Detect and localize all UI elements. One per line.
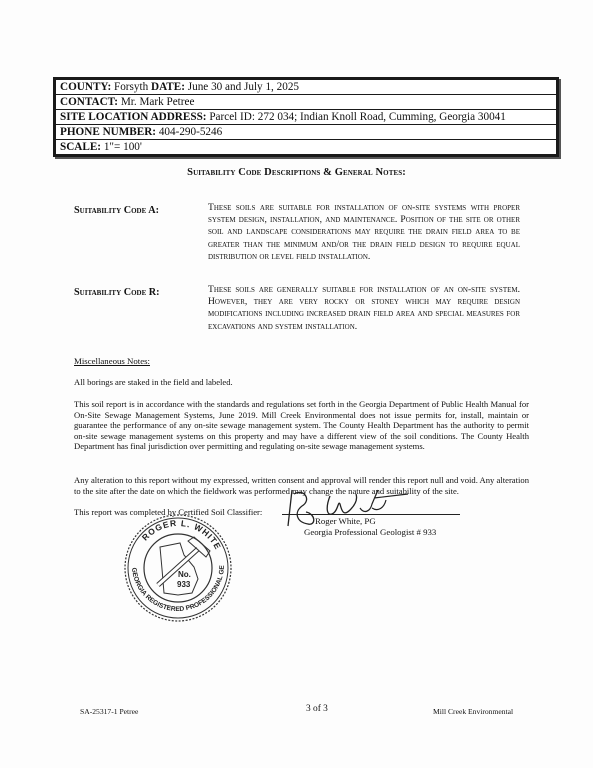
county-date-row: COUNTY: Forsyth DATE: June 30 and July 1… [56,80,556,95]
seal-number: 933 [177,580,191,589]
document-page: COUNTY: Forsyth DATE: June 30 and July 1… [0,0,593,768]
date-label: DATE: [151,81,185,93]
site-address-value: Parcel ID: 272 034; Indian Knoll Road, C… [207,111,506,123]
misc-note-regulations: This soil report is in accordance with t… [74,399,529,452]
date-value: June 30 and July 1, 2025 [185,81,299,93]
site-address-row: SITE LOCATION ADDRESS: Parcel ID: 272 03… [56,110,556,125]
phone-row: PHONE NUMBER: 404-290-5246 [56,125,556,140]
county-value: Forsyth [111,81,151,93]
scale-row: SCALE: 1"= 100' [56,140,556,154]
misc-note-borings: All borings are staked in the field and … [74,377,529,388]
suitability-code-r-label: Suitability Code R: [74,287,160,298]
contact-value: Mr. Mark Petree [118,96,194,108]
seal-number-label: No. [178,570,191,579]
phone-label: PHONE NUMBER: [60,126,156,138]
misc-notes-title: Miscellaneous Notes: [74,356,150,366]
suitability-code-a-description: These soils are suitable for installatio… [208,202,520,263]
site-address-label: SITE LOCATION ADDRESS: [60,111,207,123]
scale-label: SCALE: [60,141,101,153]
contact-label: CONTACT: [60,96,118,108]
phone-value: 404-290-5246 [156,126,222,138]
scale-value: 1"= 100' [101,141,142,153]
section-title: Suitability Code Descriptions & General … [0,167,593,178]
signer-title: Georgia Professional Geologist # 933 [304,527,436,537]
suitability-code-r-description: These soils are generally suitable for i… [208,284,520,333]
footer-document-id: SA-25317-1 Petree [80,707,138,716]
county-label: COUNTY: [60,81,111,93]
signer-name: Roger White, PG [315,516,376,526]
site-info-table: COUNTY: Forsyth DATE: June 30 and July 1… [53,77,559,157]
suitability-code-a-label: Suitability Code A: [74,205,159,216]
contact-row: CONTACT: Mr. Mark Petree [56,95,556,110]
professional-geologist-seal-icon: ROGER L. WHITE GEORGIA REGISTERED PROFES… [118,513,238,623]
footer-page-number: 3 of 3 [306,704,328,714]
footer-company: Mill Creek Environmental [433,707,513,716]
